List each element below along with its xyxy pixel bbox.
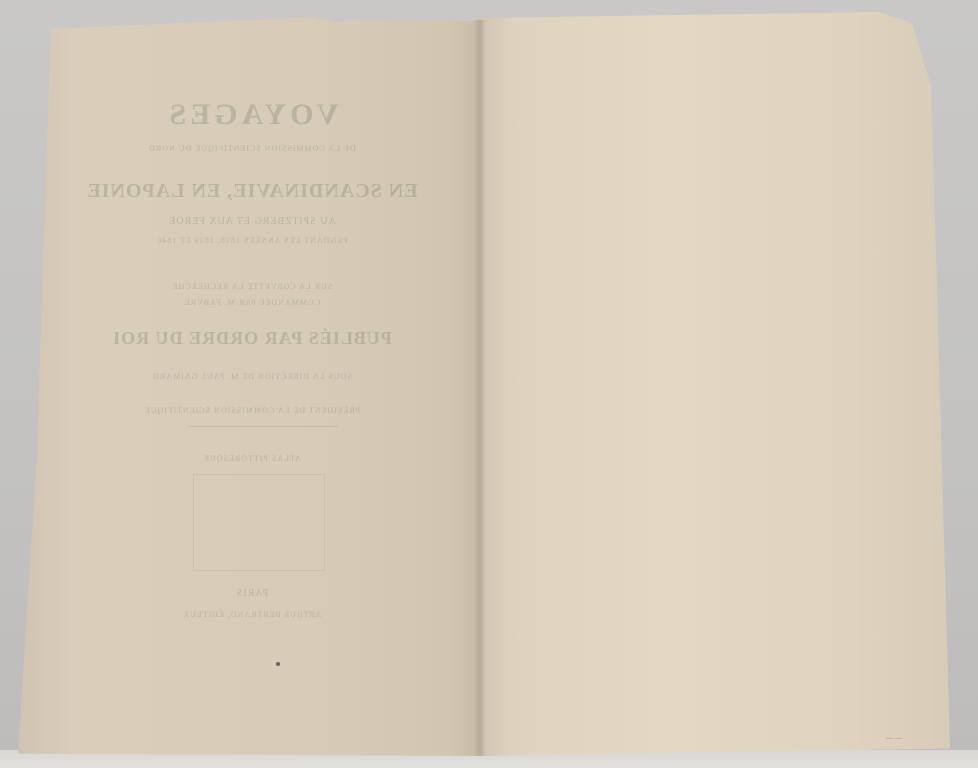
- ghost-atlas: ATLAS PITTORESQUE: [18, 454, 486, 463]
- ghost-direction: SOUS LA DIRECTION DE M. PAUL GAIMARD: [18, 372, 486, 381]
- center-fold: [474, 20, 486, 756]
- corner-mark-right: — —: [886, 735, 902, 742]
- ghost-rule: [188, 426, 338, 427]
- ghost-vignette: [193, 474, 325, 571]
- foxing-spot: [276, 662, 280, 666]
- ghost-subtitle: DE LA COMMISSION SCIENTIFIQUE DU NORD: [18, 144, 486, 153]
- ghost-region: EN SCANDINAVIE, EN LAPONIE: [18, 180, 486, 203]
- ghost-vessel: SUR LA CORVETTE LA RECHERCHE: [18, 282, 486, 291]
- ghost-city: PARIS: [18, 588, 486, 599]
- corner-mark-left: — —: [56, 24, 72, 31]
- ghost-published: PUBLIÉS PAR ORDRE DU ROI: [18, 328, 486, 349]
- ghost-years: PENDANT LES ANNÉES 1838, 1839 ET 1840: [18, 236, 486, 245]
- ghost-publisher: ARTHUS BERTRAND, ÉDITEUR: [18, 610, 486, 619]
- ghost-region-2: AU SPITZBERG ET AUX FEROE: [18, 216, 486, 227]
- ghost-title: VOYAGES: [18, 98, 486, 132]
- paper-tear: [335, 12, 351, 22]
- left-page: — — VOYAGES DE LA COMMISSION SCIENTIFIQU…: [18, 14, 486, 756]
- ghost-commander: COMMANDÉE PAR M. FABVRE: [18, 298, 486, 307]
- ghost-section: PRÉSIDENT DE LA COMMISSION SCIENTIFIQUE: [18, 406, 486, 415]
- right-page: — —: [478, 12, 950, 756]
